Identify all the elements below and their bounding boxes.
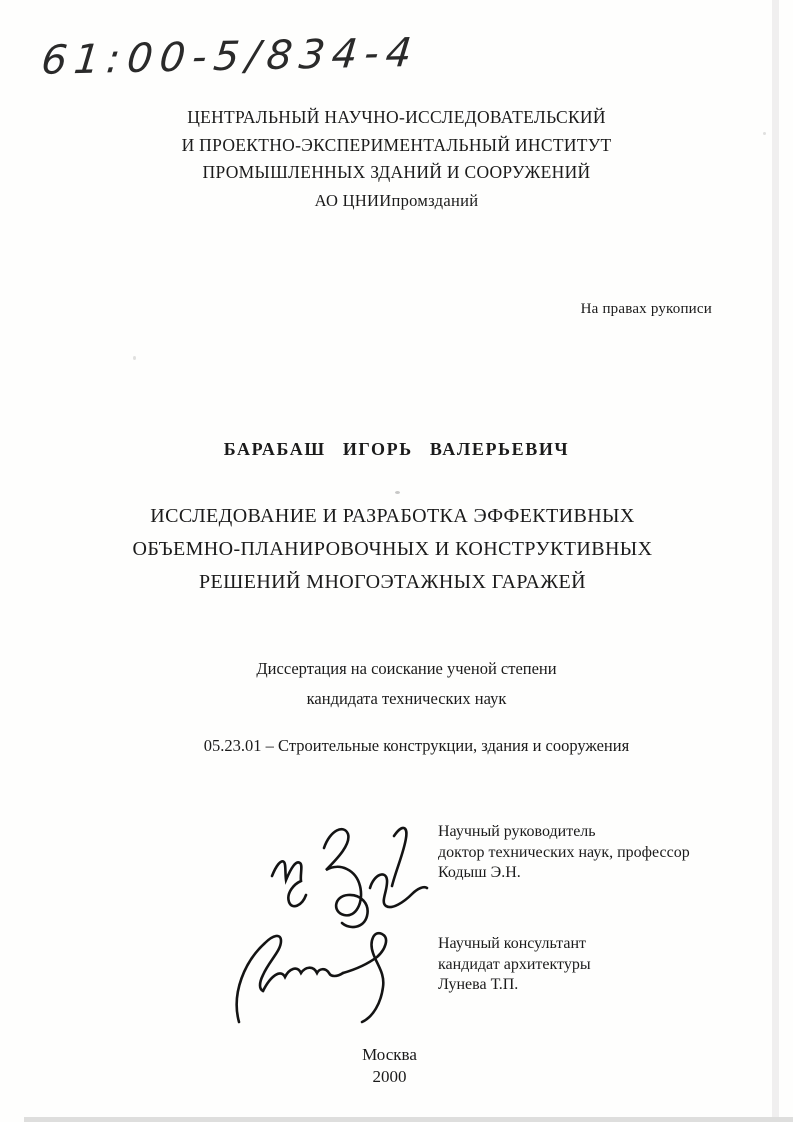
imprint-city: Москва bbox=[0, 1044, 786, 1066]
scan-speck bbox=[395, 491, 400, 494]
institute-line-1: ЦЕНТРАЛЬНЫЙ НАУЧНО-ИССЛЕДОВАТЕЛЬСКИЙ bbox=[0, 104, 793, 132]
supervisor-signature-icon bbox=[266, 818, 434, 936]
dissertation-title-page: 61:00-5/834-4 ЦЕНТРАЛЬНЫЙ НАУЧНО-ИССЛЕДО… bbox=[0, 0, 793, 1122]
consultant-name: Лунева Т.П. bbox=[438, 975, 768, 996]
consultant-block: Научный консультант кандидат архитектуры… bbox=[438, 934, 768, 996]
specialty-code: 05.23.01 – Строительные конструкции, зда… bbox=[20, 736, 793, 756]
scan-speck bbox=[133, 356, 136, 360]
institute-line-2: И ПРОЕКТНО-ЭКСПЕРИМЕНТАЛЬНЫЙ ИНСТИТУТ bbox=[0, 132, 793, 160]
author-name: БАРАБАШ ИГОРЬ ВАЛЕРЬЕВИЧ bbox=[0, 439, 793, 460]
supervisor-name: Кодыш Э.Н. bbox=[438, 863, 768, 884]
manuscript-rights-note: На правах рукописи bbox=[581, 301, 712, 318]
title-line-2: ОБЪЕМНО-ПЛАНИРОВОЧНЫХ И КОНСТРУКТИВНЫХ bbox=[0, 533, 789, 566]
institute-header: ЦЕНТРАЛЬНЫЙ НАУЧНО-ИССЛЕДОВАТЕЛЬСКИЙ И П… bbox=[0, 104, 793, 214]
consultant-role: Научный консультант bbox=[438, 934, 768, 955]
imprint-year: 2000 bbox=[0, 1066, 786, 1088]
accession-number-handwritten: 61:00-5/834-4 bbox=[39, 30, 405, 84]
supervisor-block: Научный руководитель доктор технических … bbox=[438, 822, 768, 884]
dissertation-title: ИССЛЕДОВАНИЕ И РАЗРАБОТКА ЭФФЕКТИВНЫХ ОБ… bbox=[0, 500, 789, 599]
consultant-credentials: кандидат архитектуры bbox=[438, 955, 768, 976]
title-line-3: РЕШЕНИЙ МНОГОЭТАЖНЫХ ГАРАЖЕЙ bbox=[0, 566, 789, 599]
institute-line-4: АО ЦНИИпромзданий bbox=[0, 187, 793, 215]
institute-line-3: ПРОМЫШЛЕННЫХ ЗДАНИЙ И СООРУЖЕНИЙ bbox=[0, 159, 793, 187]
thesis-type: Диссертация на соискание ученой степени … bbox=[10, 654, 793, 714]
supervisor-credentials: доктор технических наук, профессор bbox=[438, 843, 768, 864]
imprint: Москва 2000 bbox=[0, 1044, 786, 1088]
thesis-type-line-1: Диссертация на соискание ученой степени bbox=[10, 654, 793, 684]
scan-edge-bottom bbox=[24, 1117, 793, 1122]
supervisor-role: Научный руководитель bbox=[438, 822, 768, 843]
thesis-type-line-2: кандидата технических наук bbox=[10, 684, 793, 714]
consultant-signature-icon bbox=[231, 925, 433, 1025]
title-line-1: ИССЛЕДОВАНИЕ И РАЗРАБОТКА ЭФФЕКТИВНЫХ bbox=[0, 500, 789, 533]
